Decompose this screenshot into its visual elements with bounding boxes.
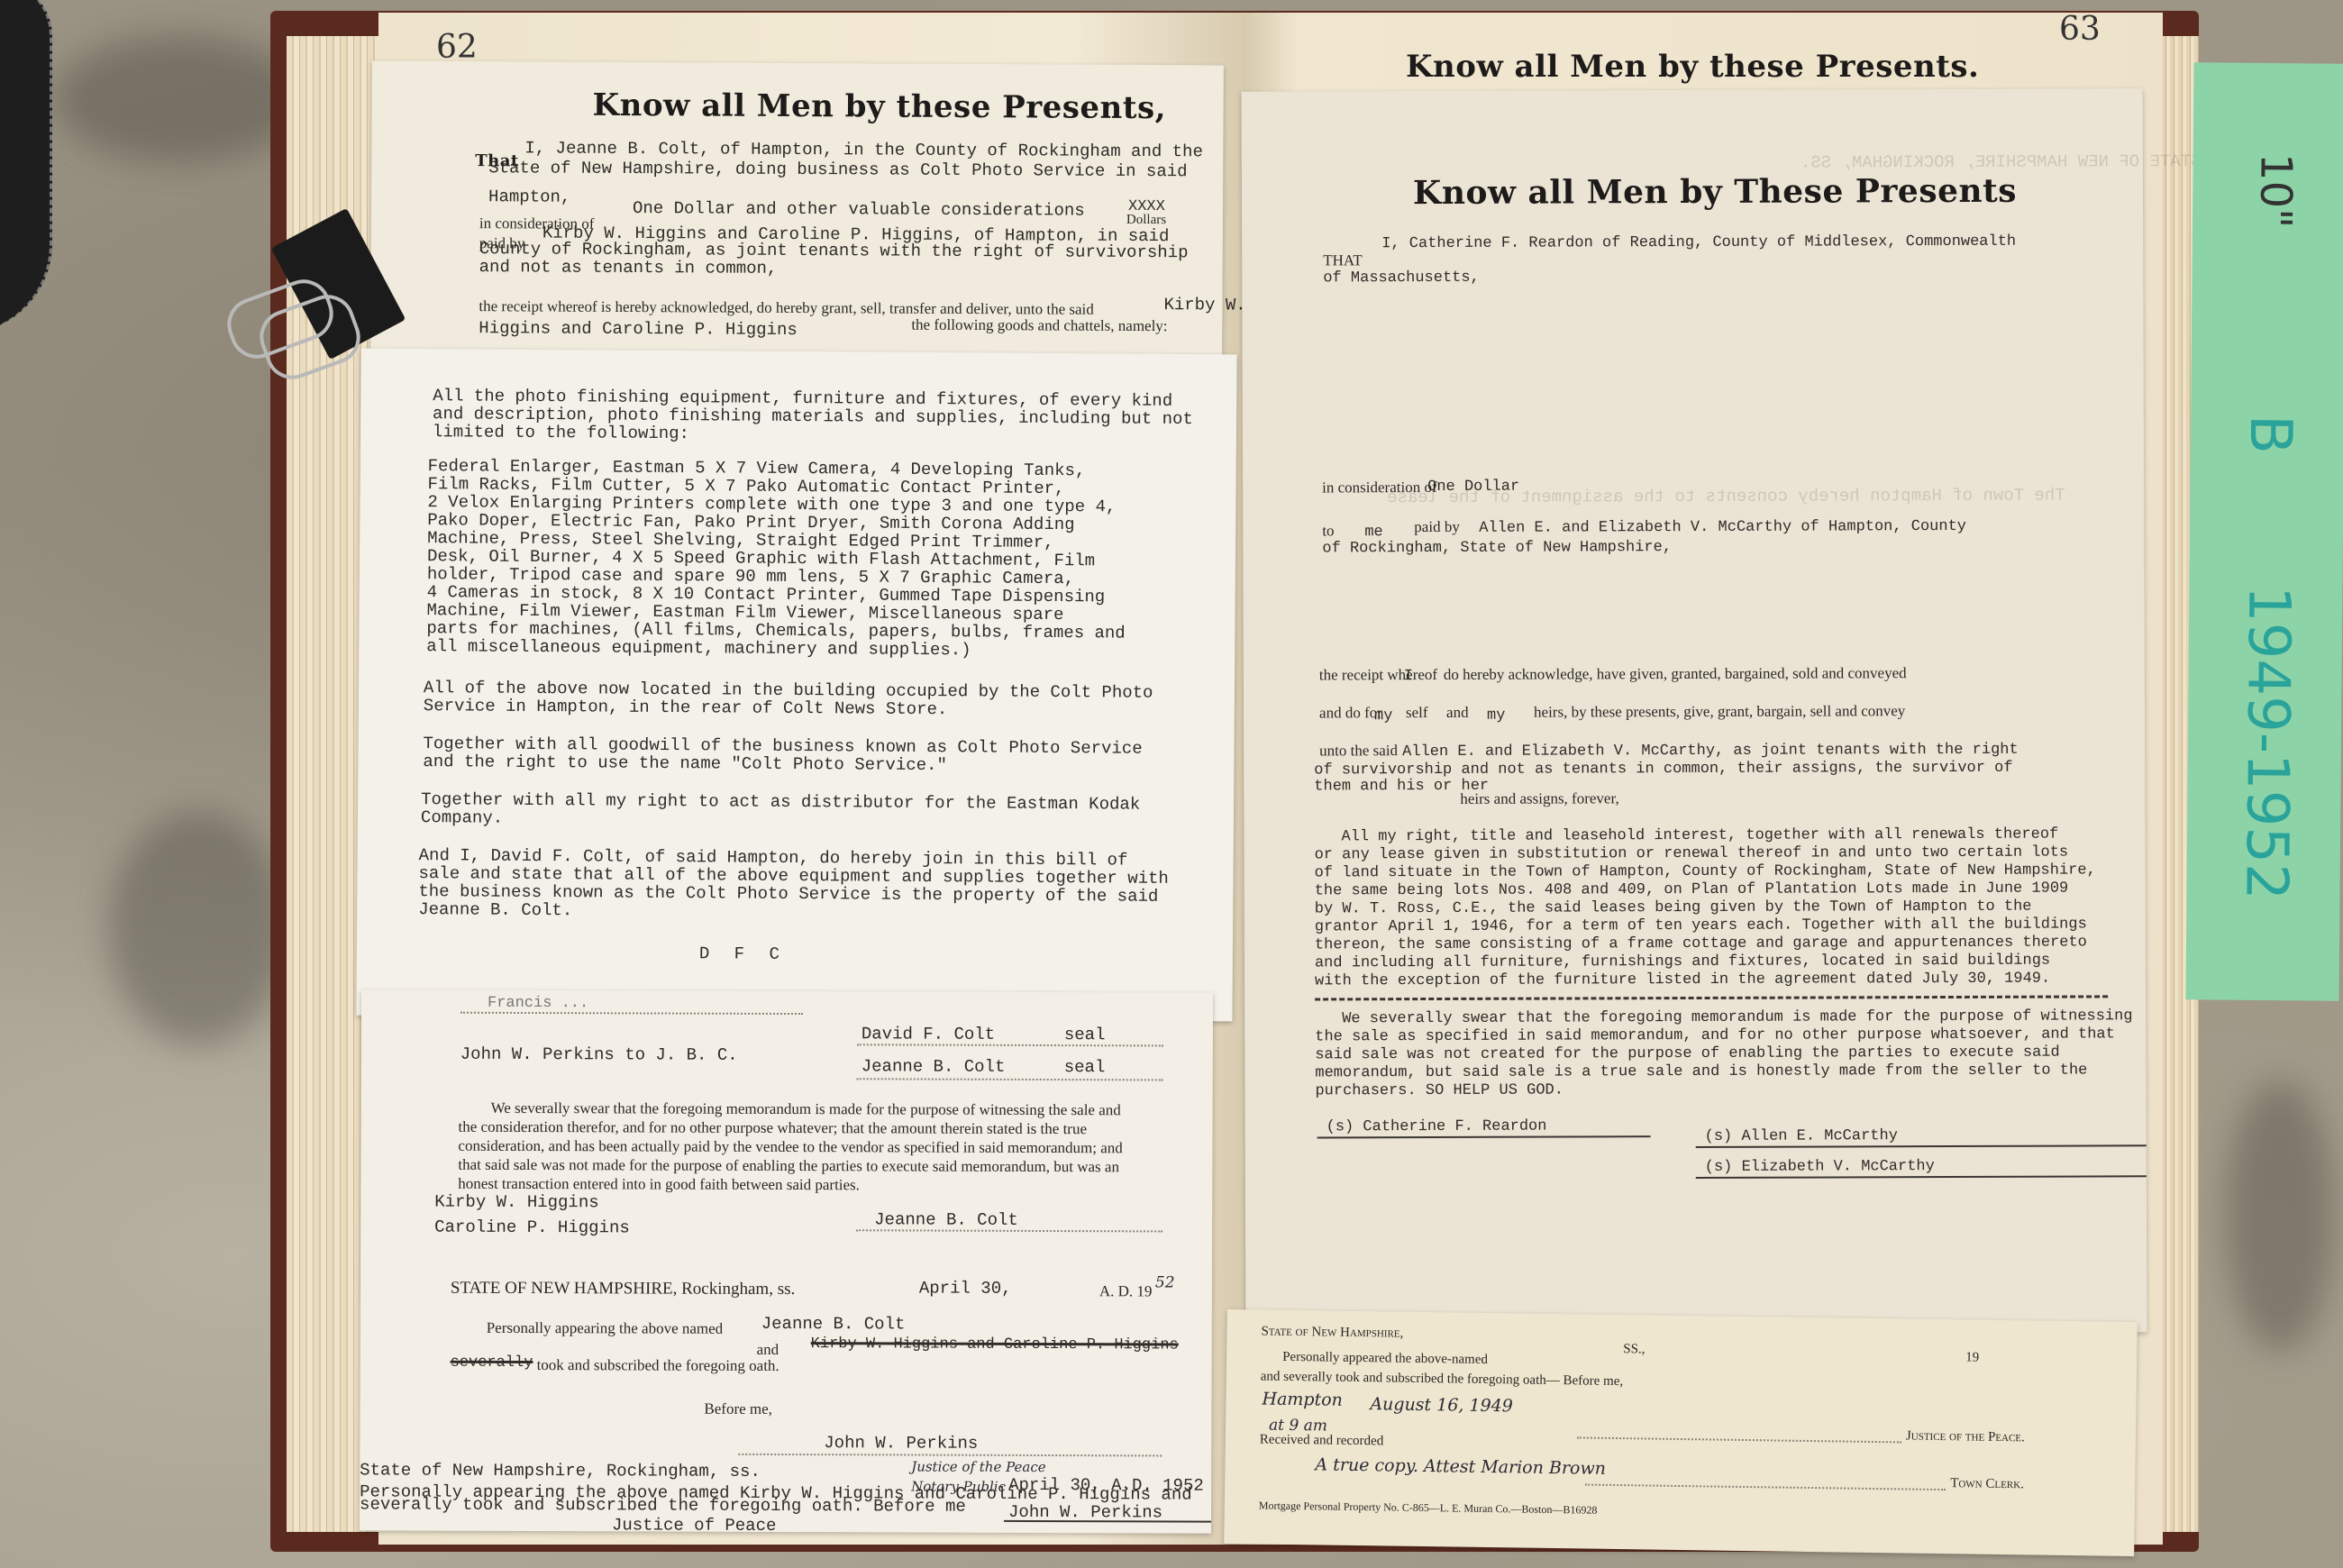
- justice-title: Justice of the Peace: [911, 1458, 1046, 1475]
- appearing-label: Personally appearing the above named: [487, 1319, 724, 1338]
- inventory-sheet: All the photo finishing equipment, furni…: [356, 349, 1236, 1022]
- purchaser-name: Kirby W. Higgins: [434, 1192, 599, 1213]
- signature-line: [857, 1044, 1163, 1046]
- recording-form: State of New Hampshire, SS., 19 Personal…: [1224, 1309, 2138, 1556]
- grantor-line: I, Catherine F. Reardon of Reading, Coun…: [1381, 233, 2016, 252]
- stone-texture: [2226, 1081, 2334, 1352]
- signature-line: [1696, 1144, 2147, 1148]
- oath-sheet: Francis ... John W. Perkins to J. B. C. …: [360, 989, 1213, 1533]
- clerk-label: Town Clerk.: [1950, 1476, 2024, 1492]
- grantor-line: of Massachusetts,: [1323, 269, 1480, 287]
- signature-line: [1585, 1484, 1946, 1491]
- deed-body: All my right, title and leasehold intere…: [1314, 825, 2096, 990]
- grantee-name: Kirby W.: [1163, 296, 1245, 314]
- year-suffix: 52: [1155, 1273, 1175, 1291]
- signature-line: [1577, 1436, 1901, 1443]
- appearing-name: Jeanne B. Colt: [761, 1314, 906, 1335]
- severally-label: and severally took and subscribed the fo…: [1261, 1369, 1624, 1390]
- justice-name: John W. Perkins: [824, 1433, 978, 1454]
- distributor-clause: Together with all my right to act as dis…: [421, 790, 1140, 832]
- handwritten-date: August 16, 1949: [1370, 1394, 1513, 1416]
- deed-heading: Know all Men by These Presents: [1413, 172, 2017, 212]
- grantor-line: I, Jeanne B. Colt, of Hampton, in the Co…: [524, 139, 1203, 160]
- paid-by-value: Allen E. and Elizabeth V. McCarthy of Ha…: [1479, 518, 1966, 537]
- seller-signature: Jeanne B. Colt: [874, 1209, 1018, 1230]
- signer-name: Jeanne B. Colt: [862, 1056, 1006, 1077]
- oath-date: April 30,: [919, 1279, 1012, 1299]
- signature: (s) Allen E. McCarthy: [1705, 1127, 1898, 1145]
- signature-line: [1317, 1135, 1651, 1138]
- goods-label: the following goods and chattels, namely…: [911, 316, 1167, 335]
- handwritten-attest: A true copy. Attest Marion Brown: [1315, 1454, 1606, 1479]
- paid-by-label: paid by: [1414, 518, 1460, 536]
- ad-label: A. D. 19: [1099, 1282, 1153, 1300]
- initials: D F C: [699, 944, 787, 964]
- stone-texture: [54, 36, 306, 162]
- signature-line: [1696, 1175, 2147, 1179]
- receipt-line: the receipt whereof is hereby acknowledg…: [479, 297, 1093, 319]
- consideration-value: One Dollar: [1427, 479, 1519, 496]
- heirs-forever: heirs and assigns, forever,: [1460, 789, 1618, 808]
- deed-oath: We severally swear that the foregoing me…: [1315, 1007, 2133, 1100]
- grantor-line: Hampton,: [488, 187, 570, 205]
- to-label: to: [1322, 522, 1334, 540]
- signer-seal: seal: [1064, 1025, 1106, 1044]
- bill-of-sale-header-sheet: Know all Men by these Presents, That I, …: [370, 61, 1224, 363]
- handwritten-place: Hampton: [1262, 1390, 1343, 1410]
- second-justice-title: Justice of Peace: [612, 1515, 777, 1536]
- heirs-text: heirs, by these presents, give, grant, b…: [1534, 702, 1905, 721]
- witness-line: John W. Perkins to J. B. C.: [460, 1044, 738, 1065]
- year-label: 19: [1965, 1350, 1979, 1365]
- signature: (s) Catherine F. Reardon: [1326, 1118, 1547, 1136]
- purchaser-name: Caroline P. Higgins: [434, 1217, 630, 1238]
- signature-line: [857, 1078, 1163, 1080]
- consideration-value: One Dollar and other valuable considerat…: [633, 199, 1085, 220]
- consideration-label: in consideration of: [1322, 479, 1437, 497]
- do-for-value: my: [1374, 707, 1392, 725]
- form-footer: Mortgage Personal Property No. C-865—L. …: [1259, 1499, 1598, 1517]
- receipt-label: the receipt whereof: [1319, 666, 1437, 684]
- inventory-intro: All the photo finishing equipment, furni…: [433, 387, 1193, 446]
- tag-note: 10": [2250, 153, 2302, 229]
- goodwill-clause: Together with all goodwill of the busine…: [423, 734, 1142, 776]
- struck-word: severally: [451, 1354, 533, 1372]
- signature-line: [460, 1012, 803, 1015]
- index-tag: 10" B 1949-1952: [2185, 62, 2343, 1000]
- appeared-label: Personally appeared the above-named: [1282, 1350, 1488, 1368]
- signature-line: [856, 1229, 1162, 1232]
- grantor-line: State of New Hampshire, doing business a…: [488, 159, 1187, 180]
- signature-line: [1004, 1520, 1211, 1523]
- ss-label: SS.,: [1623, 1342, 1645, 1357]
- state-label: State of New Hampshire,: [1261, 1324, 1403, 1341]
- bill-heading: Know all Men by these Presents,: [593, 87, 1167, 126]
- to-value: me: [1364, 524, 1382, 541]
- joinder-clause: And I, David F. Colt, of said Hampton, d…: [418, 846, 1169, 924]
- do-for-label: and do for: [1319, 704, 1382, 722]
- and-label: and: [1446, 704, 1469, 722]
- page-number-left: 62: [436, 29, 478, 66]
- inventory-items: Federal Enlarger, Eastman 5 X 7 View Cam…: [426, 457, 1126, 660]
- oath-taken: took and subscribed the foregoing oath.: [537, 1356, 779, 1375]
- received-label: Received and recorded: [1260, 1432, 1384, 1449]
- receipt-text: do hereby acknowledge, have given, grant…: [1444, 664, 1907, 684]
- unto-label: unto the said: [1319, 742, 1398, 760]
- oath-paragraph: We severally swear that the foregoing me…: [458, 1099, 1123, 1196]
- justice-label: Justice of the Peace.: [1906, 1428, 2025, 1445]
- hidden-name: Francis ...: [488, 995, 588, 1012]
- bleed-through-text: STATE OF NEW HAMPSHIRE, ROCKINGHAM, SS.: [1801, 151, 2202, 173]
- do-for-value: my: [1487, 707, 1505, 725]
- signature-line: [738, 1454, 1162, 1457]
- self-label: self: [1406, 704, 1428, 722]
- dashed-separator: [1315, 995, 2108, 1000]
- signer-name: David F. Colt: [862, 1024, 995, 1044]
- inventory-location: All of the above now located in the buil…: [424, 679, 1153, 720]
- receipt-value: I: [1404, 668, 1413, 685]
- second-line: severally took and subscribed the forego…: [360, 1494, 966, 1516]
- struck-names: Kirby W. Higgins and Caroline P. Higgins: [811, 1336, 1179, 1354]
- paid-by-line: and not as tenants in common,: [479, 258, 778, 278]
- unto-value: of survivorship and not as tenants in co…: [1314, 760, 2012, 779]
- tag-volume: B: [2237, 415, 2303, 455]
- tag-years: 1949-1952: [2232, 586, 2302, 900]
- unto-value: Allen E. and Elizabeth V. McCarthy, as j…: [1402, 742, 2019, 761]
- signer-seal: seal: [1064, 1057, 1106, 1077]
- grantee-name: Higgins and Caroline P. Higgins: [479, 319, 798, 339]
- leather-object: [0, 0, 52, 333]
- before-me: Before me,: [704, 1400, 772, 1418]
- page-number-right: 63: [2059, 11, 2101, 48]
- signature: (s) Elizabeth V. McCarthy: [1705, 1158, 1935, 1176]
- stone-texture: [108, 811, 288, 1045]
- paid-by-value: of Rockingham, State of New Hampshire,: [1322, 539, 1672, 557]
- that-label: THAT: [1323, 251, 1363, 269]
- right-page-heading: Know all Men by these Presents.: [1406, 49, 1979, 85]
- second-state: State of New Hampshire, Rockingham, ss.: [360, 1460, 761, 1481]
- deed-sheet: STATE OF NEW HAMPSHIRE, ROCKINGHAM, SS. …: [1242, 88, 2147, 1335]
- state-line: STATE OF NEW HAMPSHIRE, Rockingham, ss.: [451, 1279, 795, 1299]
